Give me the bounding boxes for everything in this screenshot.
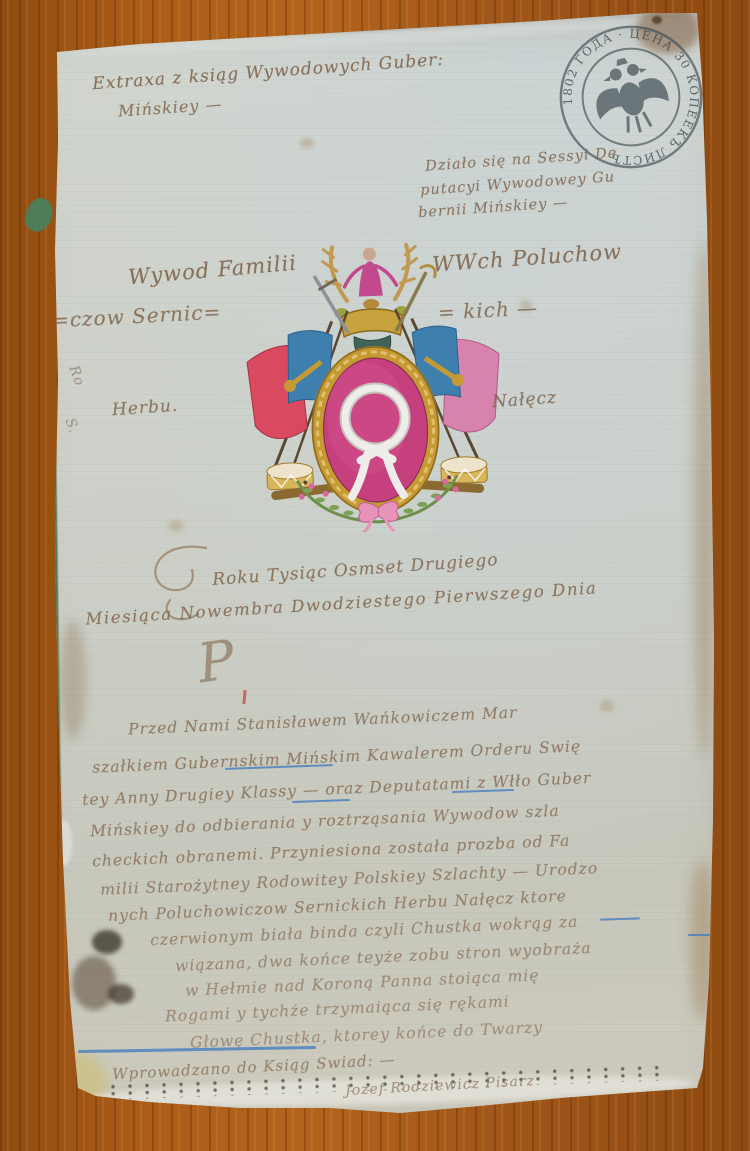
title-left: =czow Sernic=: [51, 300, 221, 333]
stain: [300, 138, 314, 148]
body-line: szałkiem Gubernskim Mińskim Kawalerem Or…: [92, 737, 582, 776]
double-headed-eagle-icon: [586, 49, 676, 141]
stain: [600, 700, 614, 712]
session-note-line: bernii Mińskiey —: [418, 195, 569, 221]
document-page: 1802 ГОДА · ЦЕНА 30 КОПЕЕКЪ ЛИСТЪ Extrax…: [0, 0, 750, 1151]
herb-caption-left: Herbu.: [111, 396, 178, 421]
stain: [168, 520, 184, 532]
photo-of-manuscript: 1802 ГОДА · ЦЕНА 30 КОПЕЕКЪ ЛИСТЪ Extrax…: [0, 0, 750, 1151]
stain: [690, 860, 714, 1020]
blue-pencil-mark: [600, 917, 640, 920]
crest-maiden-icon: [343, 247, 397, 297]
binding-edge-green: [43, 120, 65, 1050]
header-line: Mińskiey —: [117, 94, 222, 120]
date-line: Roku Tysiąc Osmset Drugiego: [212, 550, 500, 590]
stain: [42, 1052, 108, 1116]
body-line: Przed Nami Stanisławem Wańkowiczem Mar: [128, 704, 518, 739]
nalecz-coat-of-arms: [233, 235, 515, 536]
margin-note: S.: [62, 416, 82, 436]
stain: [56, 820, 72, 866]
paragraph-initial: P: [194, 628, 240, 696]
stain: [92, 930, 122, 954]
stain: [694, 240, 714, 760]
stain: [60, 620, 86, 740]
drum-left-icon: [267, 462, 314, 490]
stain: [108, 984, 134, 1004]
header-line: Extraxa z ksiąg Wywodowych Guber:: [92, 50, 445, 95]
red-ink-mark: [242, 690, 246, 704]
blue-pencil-mark: [688, 934, 710, 936]
herb-caption-right: Nałęcz: [491, 388, 557, 412]
margin-note: Ro: [65, 363, 87, 388]
session-note-line: putacyi Wywodowey Gu: [420, 169, 616, 199]
stain: [72, 956, 116, 1010]
binding-thread-knot: [20, 194, 59, 236]
